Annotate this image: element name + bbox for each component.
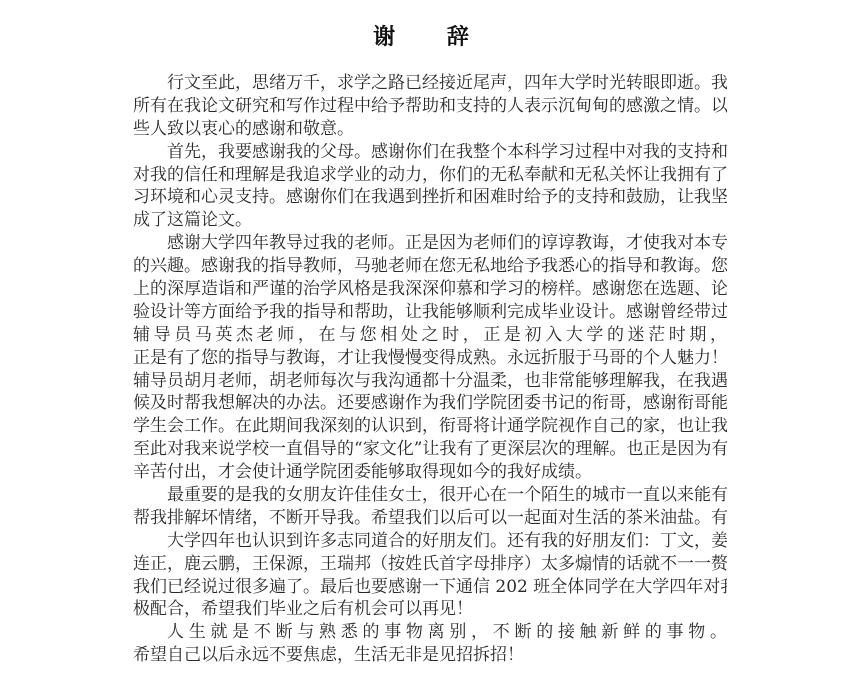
text-line: 辅导员马英杰老师，在与您相处之时，正是初入大学的迷茫时期，: [133, 324, 727, 347]
text-line: 极配合，希望我们毕业之后有机会可以再见！: [133, 598, 727, 621]
text-line: 学生会工作。在此期间我深刻的认识到，衔哥将计通学院视作自己的家，也让我深受触动。: [133, 415, 727, 438]
text-line: 的兴趣。感谢我的指导教师，马驰老师在您无私地给予我悉心的指导和教诲。您在学术研究: [133, 255, 727, 278]
acknowledgements-body: 行文至此，思绪万千，求学之路已经接近尾声，四年大学时光转眼即逝。我要借此机会向 …: [133, 72, 727, 667]
text-line: 人生就是不断与熟悉的事物离别，不断的接触新鲜的事物。: [133, 621, 727, 644]
text-line: 些人致以衷心的感谢和敬意。: [133, 118, 727, 141]
text-line: 首先，我要感谢我的父母。感谢你们在我整个本科学习过程中对我的支持和鼓励。你们: [133, 141, 727, 164]
text-line: 所有在我论文研究和写作过程中给予帮助和支持的人表示沉甸甸的感激之情。以下是对这: [133, 95, 727, 118]
text-line: 习环境和心灵支持。感谢你们在我遇到挫折和困难时给予的支持和鼓励，让我坚持到底，完: [133, 186, 727, 209]
text-line: 成了这篇论文。: [133, 209, 727, 232]
text-line: 正是有了您的指导与教诲，才让我慢慢变得成熟。永远折服于马哥的个人魅力！感谢我们的: [133, 347, 727, 370]
text-line: 大学四年也认识到许多志同道合的好朋友们。还有我的好朋友们：丁文，姜昊男，: [133, 530, 727, 553]
text-line: 辛苦付出，才会使计通学院团委能够取得现如今的我好成绩。: [133, 461, 727, 484]
text-line: 对我的信任和理解是我追求学业的动力，你们的无私奉献和无私关怀让我拥有了良好的学: [133, 164, 727, 187]
text-line: 感谢大学四年教导过我的老师。正是因为老师们的谆谆教诲，才使我对本专业产生浓厚: [133, 232, 727, 255]
text-line: 上的深厚造诣和严谨的治学风格是我深深仰慕和学习的榜样。感谢您在选题、论文构思、实: [133, 278, 727, 301]
text-line: 辅导员胡月老师，胡老师每次与我沟通都十分温柔，也非常能够理解我，在我遇到问题的时: [133, 370, 727, 393]
text-line: 候及时帮我想解决的办法。还要感谢作为我们学院团委书记的衔哥，感谢衔哥能够培养我在: [133, 392, 727, 415]
text-line: 希望自己以后永远不要焦虑，生活无非是见招拆招！: [133, 644, 727, 667]
text-line: 至此对我来说学校一直倡导的“家文化”让我有了更深层次的理解。也正是因为有了衔哥的: [133, 438, 727, 461]
text-line: 最重要的是我的女朋友许佳佳女士，很开心在一个陌生的城市一直以来能有你的相伴、: [133, 484, 727, 507]
text-line: 验设计等方面给予我的指导和帮助，让我能够顺利完成毕业设计。感谢曾经带过我们两年的: [133, 301, 727, 324]
text-line: 帮我排解坏情绪，不断开导我。希望我们以后可以一起面对生活的茶米油盐。有你真好。: [133, 507, 727, 530]
text-line: 行文至此，思绪万千，求学之路已经接近尾声，四年大学时光转眼即逝。我要借此机会向: [133, 72, 727, 95]
page-title: 谢 辞: [0, 22, 864, 54]
text-line: 我们已经说过很多遍了。最后也要感谢一下通信 202 班全体同学在大学四年对我工作…: [133, 576, 727, 599]
text-line: 连正，鹿云鹏，王保源，王瑞邦（按姓氏首字母排序）太多煽情的话就不一一赘述。这段时…: [133, 553, 727, 576]
